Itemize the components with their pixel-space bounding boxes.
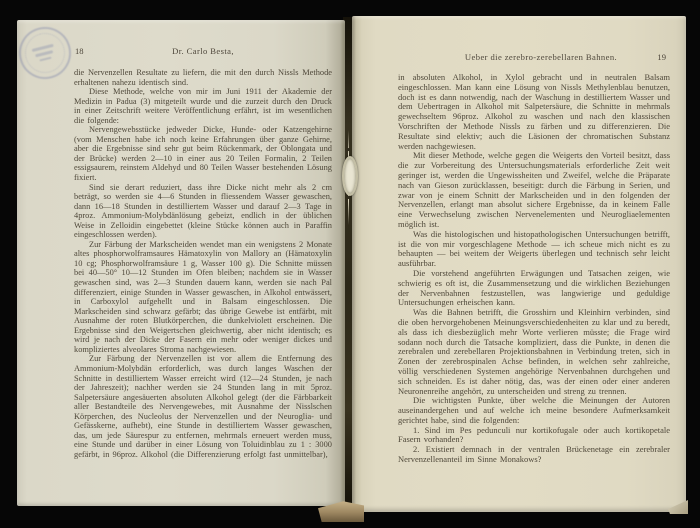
stamp-smudge [39, 57, 51, 62]
library-stamp [13, 21, 76, 84]
paragraph: Zur Färbung der Markscheiden wendet man … [74, 240, 332, 355]
paragraph: die Nervenzellen Resultate zu liefern, d… [74, 68, 332, 87]
paragraph: Zur Färbung der Nervenzellen ist vor all… [74, 354, 332, 459]
right-running-header: Ueber die zerebro-zerebellaren Bahnen. 1… [398, 52, 670, 64]
right-page-body: in absoluten Alkohol, in Xylol gebracht … [398, 73, 670, 485]
paragraph: Nervengewebsstücke jedweder Dicke, Hunde… [74, 125, 332, 182]
binding-thread-loop [342, 156, 358, 196]
left-page-body: die Nervenzellen Resultate zu liefern, d… [74, 68, 332, 472]
binding-stitch-hole [347, 148, 350, 151]
paragraph: 1. Sind im Pes pedunculi nur kortikofuga… [398, 426, 670, 446]
paragraph: in absoluten Alkohol, in Xylol gebracht … [398, 73, 670, 151]
paragraph: Diese Methode, welche von mir im Juni 19… [74, 87, 332, 125]
paragraph: Mit dieser Methode, welche gegen die Wei… [398, 151, 670, 229]
left-running-header: 18 Dr. Carlo Besta, [74, 46, 332, 58]
paragraph: Die wichtigsten Punkte, über welche die … [398, 396, 670, 425]
paragraph: Was die histologischen und histopatholog… [398, 230, 670, 269]
right-page-number: 19 [657, 52, 666, 62]
left-page: 18 Dr. Carlo Besta, die Nervenzellen Res… [17, 20, 345, 506]
right-header-title: Ueber die zerebro-zerebellaren Bahnen. [412, 52, 670, 62]
paragraph: Sind sie derart reduziert, dass ihre Dic… [74, 183, 332, 240]
paragraph: 2. Existiert demnach in der ventralen Br… [398, 445, 670, 465]
right-page: Ueber die zerebro-zerebellaren Bahnen. 1… [352, 16, 686, 512]
paragraph: Die vorstehend angeführten Erwägungen un… [398, 269, 670, 308]
paragraph: Was die Bahnen betrifft, die Grosshirn u… [398, 308, 670, 396]
book-spread: 18 Dr. Carlo Besta, die Nervenzellen Res… [0, 0, 700, 528]
binding-stitch-hole [347, 196, 350, 199]
left-header-title: Dr. Carlo Besta, [74, 46, 332, 56]
